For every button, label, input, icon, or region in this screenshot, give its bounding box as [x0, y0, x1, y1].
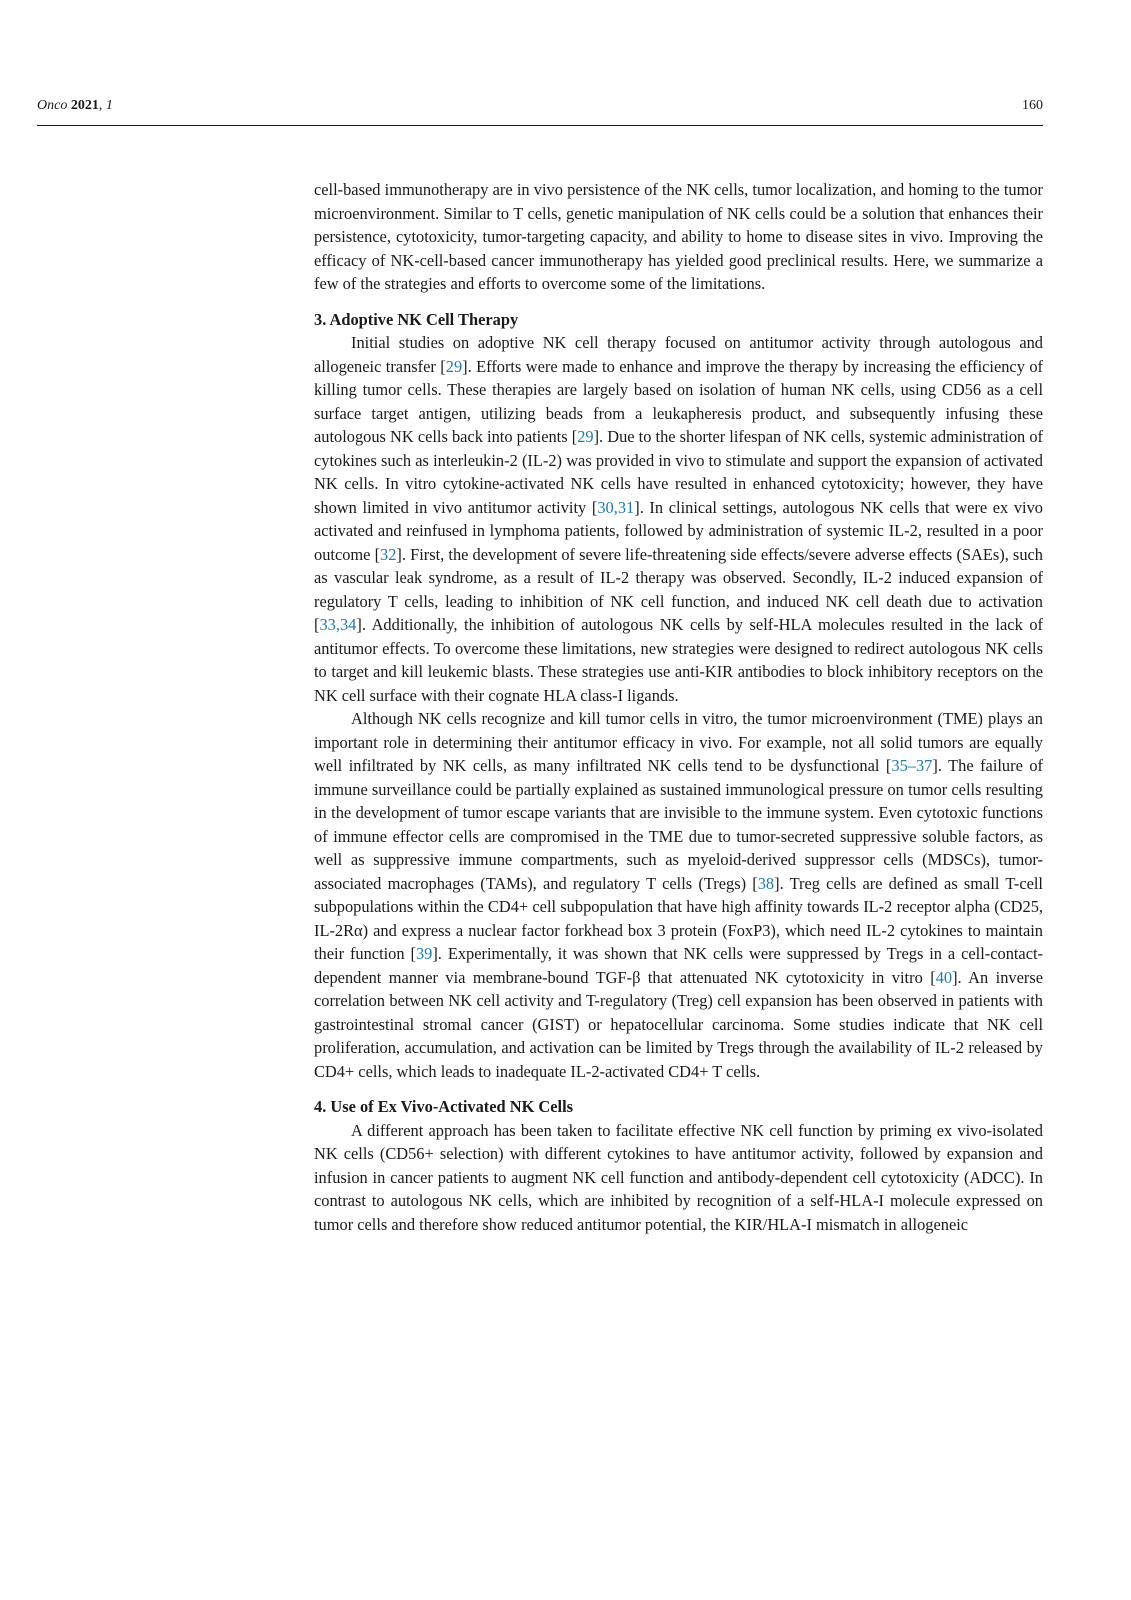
citation-link-40[interactable]: 40: [936, 968, 952, 987]
citation-link-32[interactable]: 32: [380, 545, 396, 564]
citation-link-39[interactable]: 39: [416, 944, 432, 963]
citation-link-35-37[interactable]: 35–37: [891, 756, 932, 775]
header-rule: [37, 125, 1043, 126]
intro-paragraph: cell-based immunotherapy are in vivo per…: [314, 178, 1043, 296]
text-run: ]. Additionally, the inhibition of autol…: [314, 615, 1043, 705]
section-4-paragraph-1: A different approach has been taken to f…: [314, 1119, 1043, 1237]
section-3-paragraph-1: Initial studies on adoptive NK cell ther…: [314, 331, 1043, 707]
citation-link-38[interactable]: 38: [758, 874, 774, 893]
section-4: 4. Use of Ex Vivo-Activated NK Cells A d…: [314, 1095, 1043, 1236]
running-header: Onco 2021, 1 160: [37, 97, 1043, 115]
journal-name: Onco: [37, 98, 67, 113]
section-3-paragraph-2: Although NK cells recognize and kill tum…: [314, 707, 1043, 1083]
page-number: 160: [1022, 97, 1043, 115]
citation-link-29[interactable]: 29: [577, 427, 593, 446]
journal-year: 2021: [71, 98, 99, 113]
citation-link-33-34[interactable]: 33,34: [319, 615, 356, 634]
text-run: ]. The failure of immune surveillance co…: [314, 756, 1043, 893]
journal-volume: 1: [106, 98, 113, 113]
section-3-heading: 3. Adoptive NK Cell Therapy: [314, 308, 1043, 332]
citation-link-30-31[interactable]: 30,31: [597, 498, 634, 517]
citation-link-29[interactable]: 29: [446, 357, 462, 376]
section-4-heading: 4. Use of Ex Vivo-Activated NK Cells: [314, 1095, 1043, 1119]
section-3: 3. Adoptive NK Cell Therapy Initial stud…: [314, 308, 1043, 1084]
journal-citation: Onco 2021, 1: [37, 97, 113, 115]
article-body: cell-based immunotherapy are in vivo per…: [314, 178, 1043, 1236]
